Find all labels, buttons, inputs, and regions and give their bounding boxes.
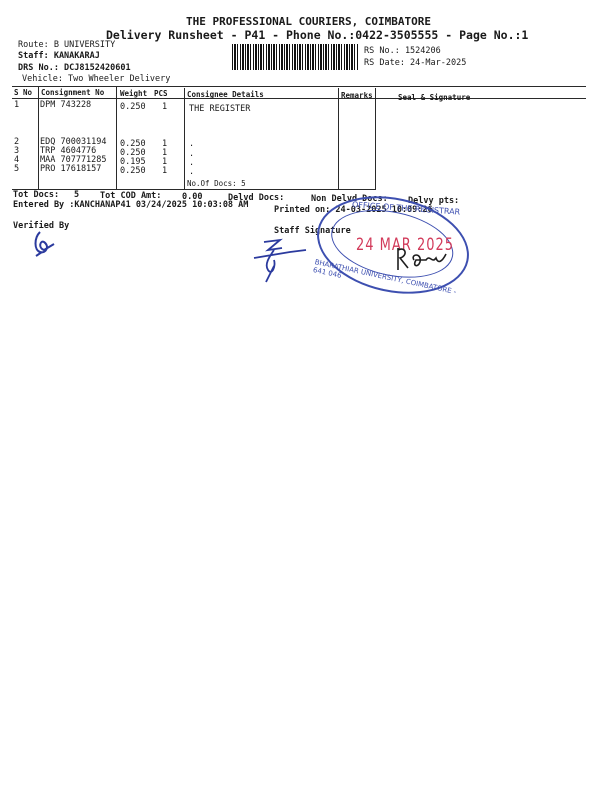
col-divider: [184, 88, 185, 190]
barcode: [232, 44, 358, 70]
row-weight: 0.250: [120, 102, 146, 112]
col-divider: [116, 86, 117, 190]
verified-signature-icon: [30, 228, 66, 258]
vehicle-label: Vehicle: Two Wheeler Delivery: [22, 74, 170, 84]
row-consignee: .: [189, 167, 194, 177]
staff-label: Staff: KANAKARAJ: [18, 51, 100, 61]
table-top-border: [12, 86, 586, 87]
runsheet-title: Delivery Runsheet - P41 - Phone No.:0422…: [106, 28, 528, 42]
col-header-pcs: PCS: [154, 89, 168, 98]
row-consignment: PRO 17618157: [40, 164, 101, 174]
col-divider: [375, 88, 376, 190]
table-bottom-border: [12, 189, 375, 190]
rs-date: RS Date: 24-Mar-2025: [364, 58, 466, 68]
entered-by: Entered By :KANCHANAP41 03/24/2025 10:03…: [13, 200, 248, 210]
row-pcs: 1: [162, 166, 167, 176]
row-weight: 0.250: [120, 166, 146, 176]
col-header-remarks: Remarks: [341, 91, 373, 100]
row-pcs: 1: [162, 102, 167, 112]
col-header-weight: Weight: [120, 89, 147, 98]
row-sno: 5: [14, 164, 19, 174]
route-label: Route: B UNIVERSITY: [18, 40, 115, 50]
company-name: THE PROFESSIONAL COURIERS, COIMBATORE: [186, 15, 431, 28]
row-consignment: DPM 743228: [40, 100, 91, 110]
col-header-seal-signature: Seal & Signature: [398, 93, 470, 102]
tot-docs-value: 5: [74, 190, 79, 200]
staff-signature-icon: [250, 236, 310, 284]
col-header-sno: S No: [14, 88, 32, 97]
table-header-border: [12, 98, 586, 99]
tot-docs-label: Tot Docs:: [13, 190, 59, 200]
col-divider: [38, 86, 39, 190]
drs-number: DRS No.: DCJ8152420601: [18, 63, 131, 73]
col-divider: [338, 88, 339, 190]
row-sno: 1: [14, 100, 19, 110]
row-consignee: .: [189, 139, 194, 149]
col-header-consignment: Consignment No: [41, 88, 104, 97]
rs-number: RS No.: 1524206: [364, 46, 441, 56]
row-consignee: THE REGISTER: [189, 104, 250, 114]
registrar-signature-icon: [392, 240, 452, 274]
no-of-docs: No.Of Docs: 5: [187, 179, 246, 188]
col-header-consignee: Consignee Details: [187, 90, 264, 99]
